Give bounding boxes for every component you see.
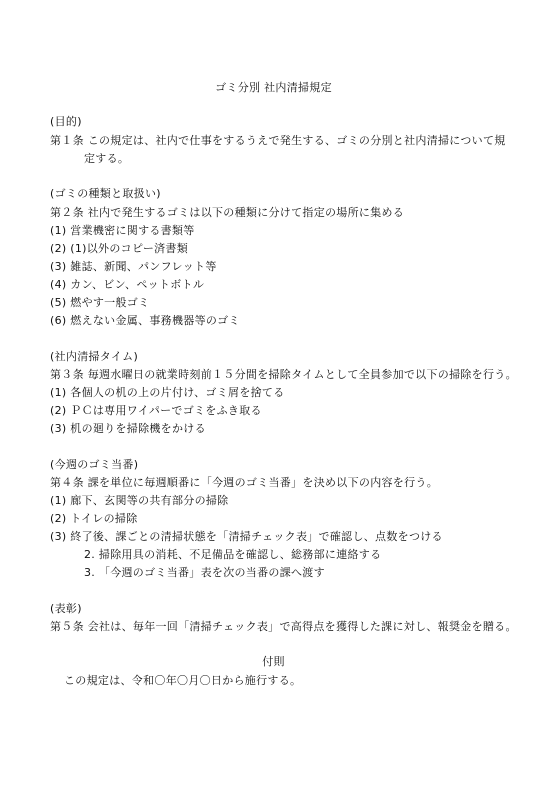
article-2: 第２条 社内で発生するゴミは以下の種類に分けて指定の場所に集める bbox=[50, 206, 404, 220]
list-item: (1) 廊下、玄関等の共有部分の掃除 bbox=[50, 494, 228, 508]
article-4: 第４条 課を単位に毎週順番に「今週のゴミ当番」を決め以下の内容を行う。 bbox=[50, 476, 438, 490]
document-title: ゴミ分別 社内清掃規定 bbox=[0, 81, 547, 95]
list-item: (4) カン、ビン、ペットボトル bbox=[50, 278, 204, 292]
article-3: 第３条 毎週水曜日の就業時刻前１５分間を掃除タイムとして全員参加で以下の掃除を行… bbox=[50, 368, 517, 382]
list-item-sub: 2. 掃除用具の消耗、不足備品を確認し、総務部に連絡する bbox=[84, 548, 381, 562]
supplementary-heading: 付則 bbox=[0, 655, 547, 669]
list-item: (3) 終了後、課ごとの清掃状態を「清掃チェック表」で確認し、点数をつける bbox=[50, 530, 443, 544]
section-heading-purpose: (目的) bbox=[50, 115, 82, 129]
article-5: 第５条 会社は、毎年一回「清掃チェック表」で高得点を獲得した課に対し、報奨金を贈… bbox=[50, 620, 517, 634]
list-item: (5) 燃やす一般ゴミ bbox=[50, 296, 149, 310]
supplementary-text: この規定は、令和〇年〇月〇日から施行する。 bbox=[64, 674, 301, 688]
list-item: (2) トイレの掃除 bbox=[50, 512, 138, 526]
article-1-continued: 定する。 bbox=[84, 152, 129, 166]
list-item-sub: 3. 「今週のゴミ当番」表を次の当番の課へ渡す bbox=[84, 566, 325, 580]
list-item: (3) 雑誌、新聞、パンフレット等 bbox=[50, 260, 217, 274]
list-item: (6) 燃えない金属、事務機器等のゴミ bbox=[50, 314, 240, 328]
list-item: (2) (1)以外のコピー済書類 bbox=[50, 242, 188, 256]
section-heading-award: (表彰) bbox=[50, 602, 82, 616]
list-item: (3) 机の廻りを掃除機をかける bbox=[50, 422, 206, 436]
section-heading-cleaning-time: (社内清掃タイム) bbox=[50, 350, 138, 364]
list-item: (1) 各個人の机の上の片付け、ゴミ屑を捨てる bbox=[50, 386, 285, 400]
article-1: 第１条 この規定は、社内で仕事をするうえで発生する、ゴミの分別と社内清掃について… bbox=[50, 134, 506, 148]
list-item: (1) 営業機密に関する書類等 bbox=[50, 224, 195, 238]
section-heading-garbage-types: (ゴミの種類と取扱い) bbox=[50, 187, 161, 201]
section-heading-duty: (今週のゴミ当番) bbox=[50, 458, 138, 472]
list-item: (2) ＰＣは専用ワイパーでゴミをふき取る bbox=[50, 404, 262, 418]
